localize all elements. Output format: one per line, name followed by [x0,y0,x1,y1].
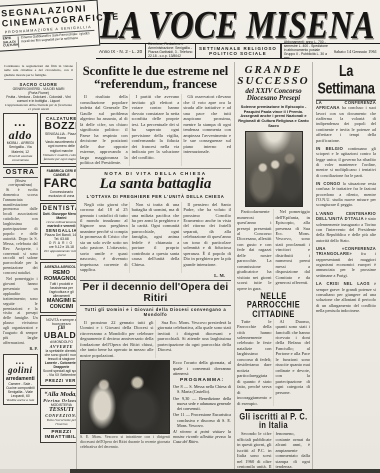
article-santa-battaglia: NOTA DI VITA DELLA CHIESA La santa batta… [80,171,231,278]
ritiri-headline: Per il decennio dell'Opera dei Ritiri [80,280,231,306]
signal-cell-right: Cinema Gabbianelli e Sala Parrocchiale: … [21,32,95,48]
ritiri-deck: Tutti gli Uomini e i Giovani della Dioce… [80,307,231,317]
programma-item: Ore 9,30 — Benedizione della nuova sede … [173,396,231,412]
settimana-item: LA CONFERENZA AFRICANA ha concluso i suo… [316,100,376,143]
ad-faro-candele: FABBRICA CERI E CANDELE FARO Concessiona… [40,166,77,201]
programma-item: Ore 11 — Processione Eucaristica conclus… [173,412,231,428]
left-ads-rail: Continuano le segnalazioni dei film in v… [1,62,77,470]
ritiri-body: Il prossimo 22 gennaio tutti gli Uomini … [80,320,231,358]
programma-item: Ore 8 — S. Messa nella Chiesa di S. Mari… [173,384,231,395]
battaglia-deck: L'OTTAVA DI PREGHIERE PER L'UNITÀ DELLA … [80,194,231,199]
settimana-item: LA CRISI NEL LAOS è sempre grave: le gra… [316,281,376,313]
issue-info-strip: Anno IX - N. 2 - L. 20 Direzione, Redazi… [96,43,380,59]
article-parrocchie-cittadine: NELLE PARROCCHIE CITTADINE Tutte le Parr… [237,294,310,406]
address-box: Direzione, Redazione e Amministrazione: … [145,44,195,58]
battaglia-body: Negli otto giorni che corrono dal 18 al … [80,202,231,273]
article-referendum: Sconfitte le due estreme nel “referendum… [80,65,231,166]
ostra-local-news: OSTRA (Nostra corrispondenza) Si è svolt… [3,167,38,352]
ad-calzature-bozzi: CALZATURE BOZZI SENIGALLIA - Piazza Roma… [40,113,77,164]
bishop-photo [80,360,170,434]
bishop-photo-figure: S. E. Mons. Vescovo si intrattiene con i… [80,360,170,449]
ad-footer-slogan: PREZZI IMBATTIBILI [43,428,77,440]
next-page-shadow [70,469,380,473]
la-settimana-column: La Settimana LA CONFERENZA AFRICANA ha c… [313,62,379,470]
referendum-headline: Sconfitte le due estreme nel “referendum… [80,65,231,91]
programma-title: PROGRAMMA: [173,378,231,383]
subtitle-line-2: POLITICO SOCIALE [209,51,266,56]
programma-box: Ecco l'orario della giornata, al quale i… [173,360,231,449]
pci-headline: Gli iscritti al P. C. in Italia [237,413,310,431]
referendum-body: Il risultato della consultazione popolar… [80,94,231,165]
nativity-photo [245,131,303,207]
subscription-box: Abbonamenti: anno L. 700 - semestre L. 4… [281,44,331,58]
article-concorso-presepi: GRANDE SUCCESSO del XXIV Concorso Dioces… [237,65,310,291]
ad-alla-moda: “Alla Moda„ Pierina Orlandi MODISTERIA T… [40,388,77,443]
subtitle-box: SETTIMANALE RELIGIOSO POLITICO SOCIALE [195,44,281,58]
ritiri-photo-row: S. E. Mons. Vescovo si intrattiene con i… [80,360,231,449]
ad-dentista: DENTISTA Dott. Giuseppe Merola-Marini ri… [40,203,77,261]
parrocchie-body: Tutte le Parrocchie della città hanno so… [237,319,310,407]
article-iscritti-pci: Gli iscritti al P. C. in Italia Secondo … [237,414,310,470]
signals-continuation: Continuano le segnalazioni dei film in v… [4,64,73,80]
parrocchie-headline: NELLE PARROCCHIE CITTADINE [237,292,310,319]
cinema-signals-box: SEGNALAZIONI CINEMATOGRAFICHE PROGRAMMAZ… [0,0,100,53]
ad-fratelli-ubaldi: NOVITÀ e sempre a buon prezzo f.lli UBAL… [40,315,77,386]
center-column: Sconfitte le due estreme nel “referendum… [77,62,235,470]
ad-golini-arredamenti: …golini arredamenti Camere - Sale - Cuci… [3,354,38,405]
battaglia-signature: L. M. [80,273,231,278]
presepi-body: Particolarmente numerosi quest'anno i pr… [237,209,310,291]
newspaper-title: LA VOCE MISENA [96,5,378,49]
article-opera-ritiri: Per il decennio dell'Opera dei Ritiri Tu… [80,280,231,358]
ostra-signature: R. P. [3,347,38,352]
presepi-subheadline: del XXIV Concorso Diocesano Presepi [237,88,310,103]
settimana-item: L'ANNO CENTENARIO DELL'UNITÀ D'ITALIA è … [316,211,376,243]
settimana-item: IN BELGIO continuano gli scioperi e le a… [316,146,376,178]
settimana-title: La Settimana [316,62,376,101]
issue-date: Sabato 14 Gennaio 1961 [331,44,380,58]
signal-cell-left: ENTE SALA DI CULTURA [3,36,20,48]
right-center-column: GRANDE SUCCESSO del XXIV Concorso Dioces… [235,62,313,470]
section-divider [80,168,231,169]
front-page-content: Continuano le segnalazioni dei film in v… [0,62,380,470]
pci-body: Secondo le cifre ufficiali pubblicate in… [237,431,310,470]
page-bottom-margin [0,469,70,473]
programma-list: Ore 8 — S. Messa nella Chiesa di S. Mari… [173,384,231,428]
presepi-deck: Solenne premiazione in Episcopio - Pasqu… [237,105,310,129]
settimana-item: UNA «CONFERENZA TRIANGOLARE» fra i rappr… [316,246,376,278]
ad-remo-romagnoli: AGENZIA AGRICOLA REMO ROMAGNOLI Tutti i … [40,262,77,312]
masthead-area: SEGNALAZIONI CINEMATOGRAFICHE PROGRAMMAZ… [0,0,380,62]
ad-sacro-cuore: Continuano le segnalazioni dei film in v… [3,64,74,111]
ad-aldo-furniture: …aldo MOBILI - ARREDI Senigallia - Via M… [3,113,38,165]
ostra-heading: OSTRA [3,167,38,178]
presepi-headline: GRANDE SUCCESSO [237,65,310,87]
battaglia-headline: La santa battaglia [80,177,231,192]
photo-caption: S. E. Mons. Vescovo si intrattiene con i… [80,435,170,449]
newspaper-page: SEGNALAZIONI CINEMATOGRAFICHE PROGRAMMAZ… [0,0,380,473]
battaglia-kicker: NOTA DI VITA DELLA CHIESA [80,171,231,176]
issue-number: Anno IX - N. 2 - L. 20 [96,44,145,58]
settimana-item: IN CONGO la situazione resta confusa: le… [316,181,376,208]
